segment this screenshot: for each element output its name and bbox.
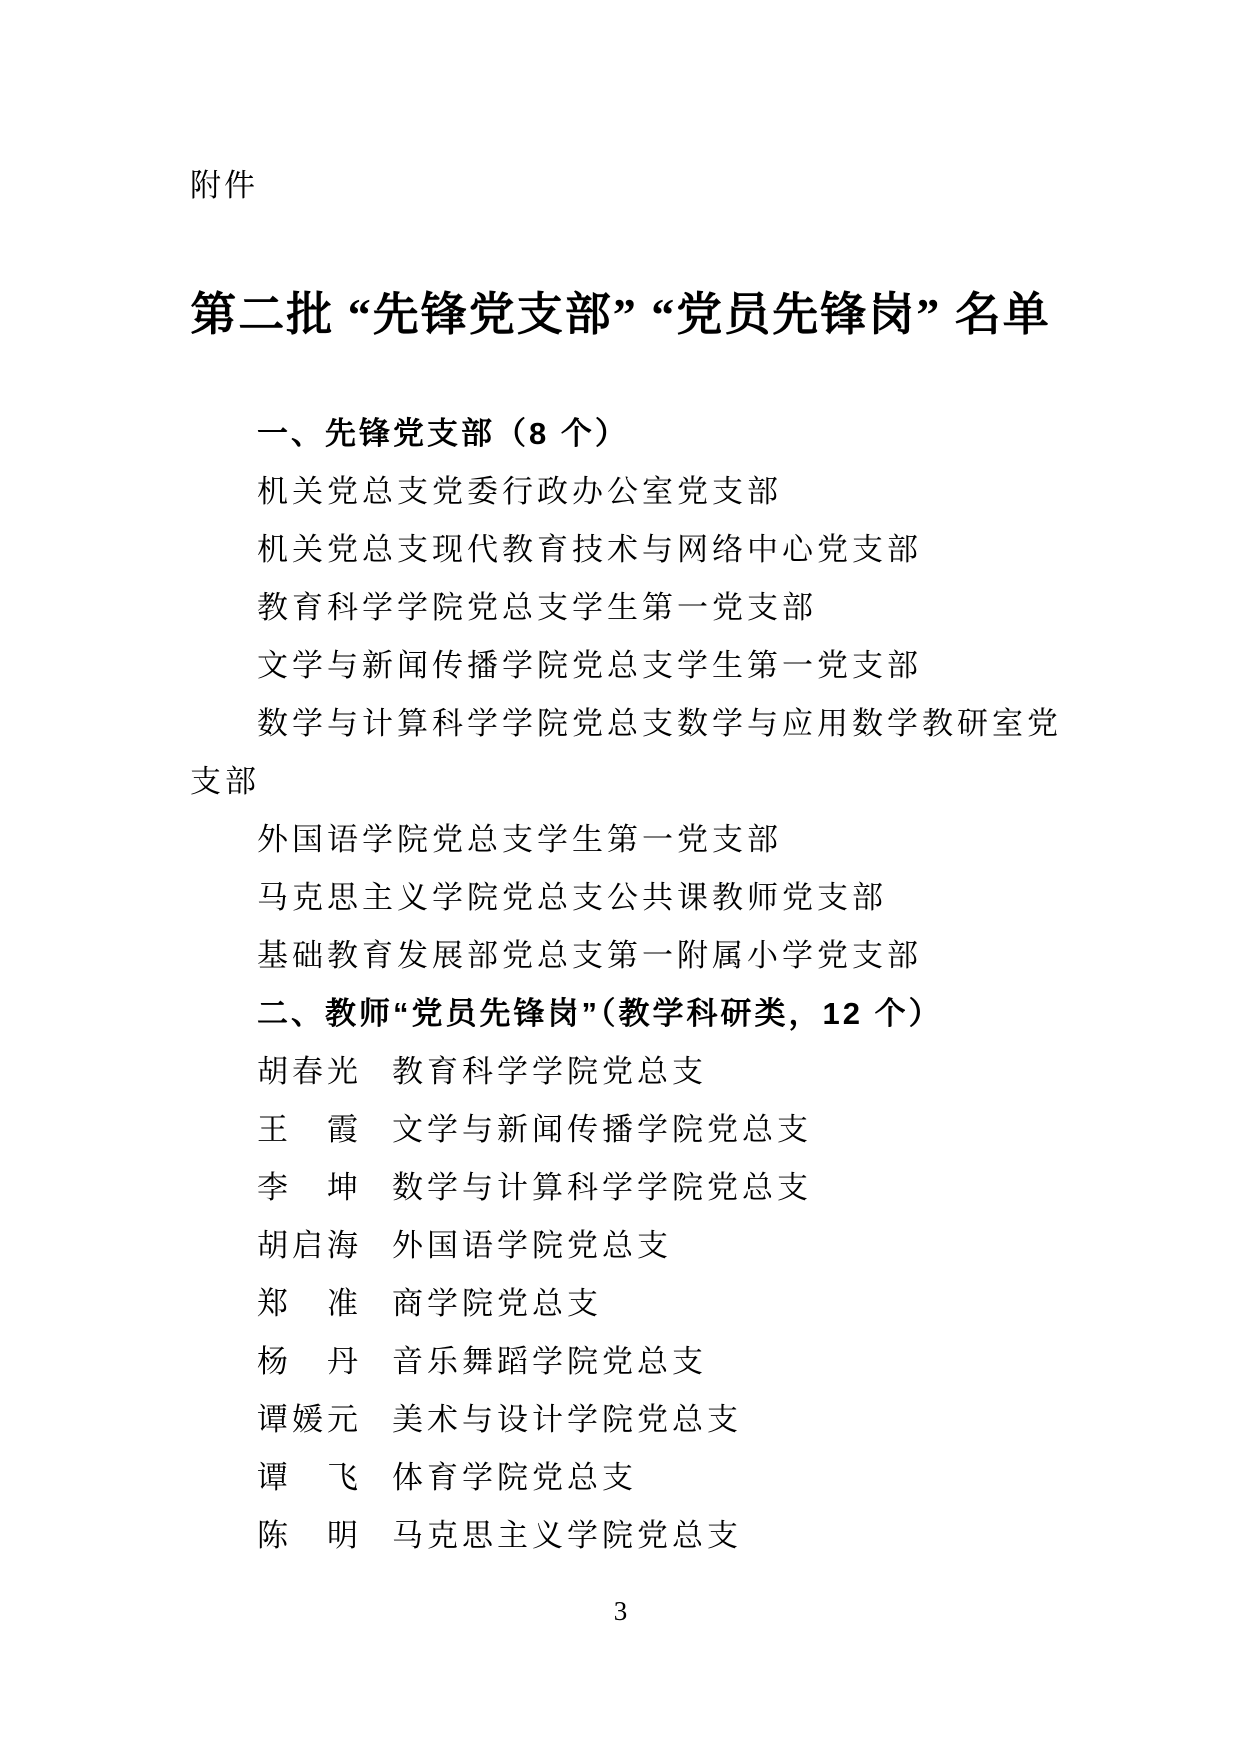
pioneer-name: 李 坤: [257, 1159, 362, 1217]
page-number: 3: [0, 1596, 1241, 1627]
pioneer-name: 郑 准: [257, 1275, 362, 1333]
section2-heading: 二、教师“党员先锋岗”（教学科研类，12 个）: [0, 985, 1241, 1043]
document-page: 附件 第二批 “先锋党支部” “党员先锋岗” 名单 一、先锋党支部（8 个） 机…: [0, 0, 1241, 1755]
pioneer-name: 胡春光: [257, 1043, 362, 1101]
attachment-label: 附件: [190, 160, 258, 205]
pioneer-entry: 王 霞文学与新闻传播学院党总支: [0, 1101, 1241, 1159]
pioneer-name: 杨 丹: [257, 1333, 362, 1391]
pioneer-entry: 谭 飞体育学院党总支: [0, 1449, 1241, 1507]
pioneer-entry: 郑 准商学院党总支: [0, 1275, 1241, 1333]
pioneer-org: 教育科学学院党总支: [392, 1054, 707, 1089]
branch-line: 马克思主义学院党总支公共课教师党支部: [0, 869, 1241, 927]
pioneer-entry: 胡启海外国语学院党总支: [0, 1217, 1241, 1275]
pioneer-name: 胡启海: [257, 1217, 362, 1275]
branch-line: 数学与计算科学学院党总支数学与应用数学教研室党: [0, 695, 1241, 753]
pioneer-name: 王 霞: [257, 1101, 362, 1159]
branch-line: 文学与新闻传播学院党总支学生第一党支部: [0, 637, 1241, 695]
pioneer-entry: 李 坤数学与计算科学学院党总支: [0, 1159, 1241, 1217]
pioneer-org: 音乐舞蹈学院党总支: [392, 1344, 707, 1379]
document-title: 第二批 “先锋党支部” “党员先锋岗” 名单: [0, 278, 1241, 344]
pioneer-entry: 谭媛元美术与设计学院党总支: [0, 1391, 1241, 1449]
pioneer-entry: 陈 明马克思主义学院党总支: [0, 1507, 1241, 1565]
pioneer-org: 美术与设计学院党总支: [392, 1402, 742, 1437]
pioneer-org: 马克思主义学院党总支: [392, 1518, 742, 1553]
pioneer-org: 体育学院党总支: [392, 1460, 637, 1495]
branch-line: 机关党总支党委行政办公室党支部: [0, 463, 1241, 521]
branch-line: 基础教育发展部党总支第一附属小学党支部: [0, 927, 1241, 985]
document-body: 一、先锋党支部（8 个） 机关党总支党委行政办公室党支部 机关党总支现代教育技术…: [0, 405, 1241, 1565]
pioneer-entry: 胡春光教育科学学院党总支: [0, 1043, 1241, 1101]
pioneer-name: 谭 飞: [257, 1449, 362, 1507]
pioneer-name: 陈 明: [257, 1507, 362, 1565]
section1-heading: 一、先锋党支部（8 个）: [0, 405, 1241, 463]
pioneer-entry: 杨 丹音乐舞蹈学院党总支: [0, 1333, 1241, 1391]
pioneer-org: 商学院党总支: [392, 1286, 602, 1321]
pioneer-org: 外国语学院党总支: [392, 1228, 672, 1263]
pioneer-org: 文学与新闻传播学院党总支: [392, 1112, 812, 1147]
branch-line: 教育科学学院党总支学生第一党支部: [0, 579, 1241, 637]
branch-line: 机关党总支现代教育技术与网络中心党支部: [0, 521, 1241, 579]
pioneer-org: 数学与计算科学学院党总支: [392, 1170, 812, 1205]
branch-line: 外国语学院党总支学生第一党支部: [0, 811, 1241, 869]
branch-line-continuation: 支部: [0, 753, 1241, 811]
pioneer-name: 谭媛元: [257, 1391, 362, 1449]
